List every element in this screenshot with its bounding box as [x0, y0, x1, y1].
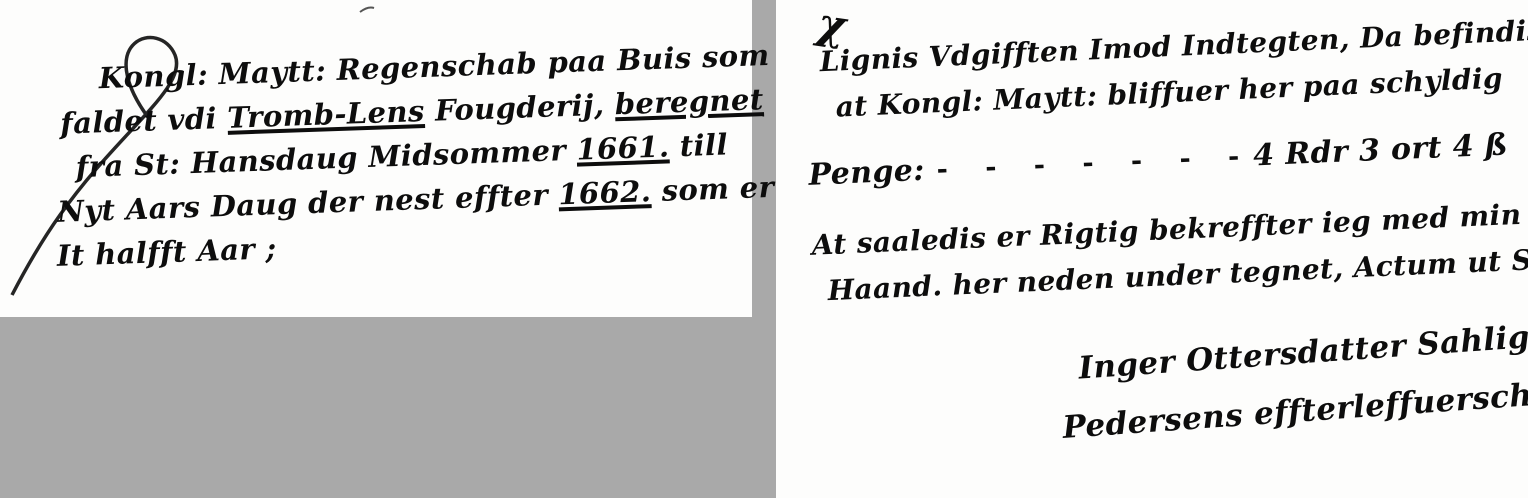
right-manuscript-page: χ Lignis Vdgifften Imod Indtegten, Da be…: [776, 0, 1528, 498]
amount-line: Penge: - - - - - - - - - —„ 4 Rdr 3 ort …: [808, 127, 1509, 193]
amount-label: Penge:: [808, 153, 926, 193]
signature-block: Inger Ottersdatter Sahlig Mads Pedersens…: [815, 309, 1528, 474]
scanned-manuscript: { "colors": { "backdrop": "#a9a9a9", "pa…: [0, 0, 1528, 498]
text-segment: som er: [651, 170, 775, 208]
amount-value: 4 Rdr 3 ort 4 ß: [1252, 127, 1508, 173]
underlined-text-segment: beregnet: [614, 82, 764, 121]
text-segment: It halfft Aar ;: [56, 231, 277, 273]
left-manuscript-page: Kongl: Maytt: Regenschab paa Buis som er…: [0, 0, 752, 317]
left-page-text: Kongl: Maytt: Regenschab paa Buis som er…: [50, 31, 821, 278]
closing-statement: At saaledis er Rigtig bekreffter ieg med…: [811, 192, 1524, 315]
text-segment: till: [669, 127, 729, 163]
text-segment: faldet vdi: [60, 101, 228, 141]
underlined-text-segment: 1662.: [558, 174, 652, 211]
right-page-text: Lignis Vdgifften Imod Indtegten, Da befi…: [802, 0, 1528, 465]
dash-leader: - - - - - - - - - —„: [936, 141, 1242, 185]
underlined-text-segment: 1661.: [576, 129, 670, 166]
text-segment: Fougderij,: [424, 87, 615, 128]
underlined-text-segment: Tromb-Lens: [227, 94, 425, 135]
